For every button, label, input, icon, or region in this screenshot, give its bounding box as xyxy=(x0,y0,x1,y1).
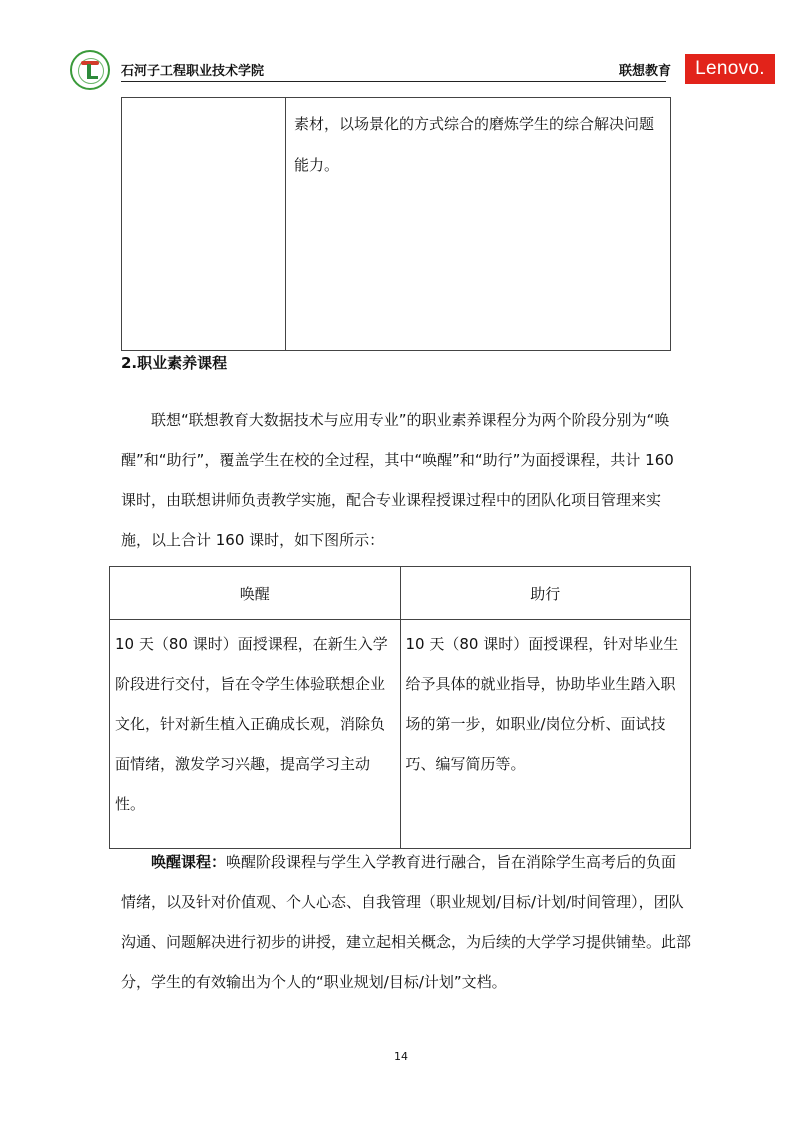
top-table-left-cell xyxy=(122,98,286,351)
school-name: 石河子工程职业技术学院 xyxy=(121,60,264,79)
header-divider xyxy=(121,81,666,82)
page-header: 石河子工程职业技术学院 联想教育 Lenovo. xyxy=(0,0,800,100)
awaken-paragraph: 唤醒课程：唤醒阶段课程与学生入学教育进行融合，旨在消除学生高考后的负面情绪，以及… xyxy=(121,842,691,1002)
intro-paragraph: 联想“联想教育大数据技术与应用专业”的职业素养课程分为两个阶段分别为“唤醒”和“… xyxy=(121,400,681,560)
school-logo-icon xyxy=(70,50,110,90)
awaken-text: 唤醒阶段课程与学生入学教育进行融合，旨在消除学生高考后的负面情绪，以及针对价值观… xyxy=(121,853,691,991)
partner-label: 联想教育 xyxy=(619,60,671,79)
stage-cell-awaken: 10 天（80 课时）面授课程，在新生入学阶段进行交付，旨在令学生体验联想企业文… xyxy=(110,620,401,849)
top-table: 素材，以场景化的方式综合的磨炼学生的综合解决问题能力。 xyxy=(121,97,671,351)
stage-header-assist: 助行 xyxy=(400,567,691,620)
awaken-label: 唤醒课程： xyxy=(151,853,226,871)
section-heading: 2.职业素养课程 xyxy=(121,352,227,373)
page-number: 14 xyxy=(394,1050,408,1063)
lenovo-logo: Lenovo. xyxy=(685,54,775,84)
stage-cell-assist: 10 天（80 课时）面授课程，针对毕业生给予具体的就业指导，协助毕业生踏入职场… xyxy=(400,620,691,849)
top-table-right-cell: 素材，以场景化的方式综合的磨炼学生的综合解决问题能力。 xyxy=(286,98,671,351)
stage-table: 唤醒 助行 10 天（80 课时）面授课程，在新生入学阶段进行交付，旨在令学生体… xyxy=(109,566,691,849)
stage-header-awaken: 唤醒 xyxy=(110,567,401,620)
